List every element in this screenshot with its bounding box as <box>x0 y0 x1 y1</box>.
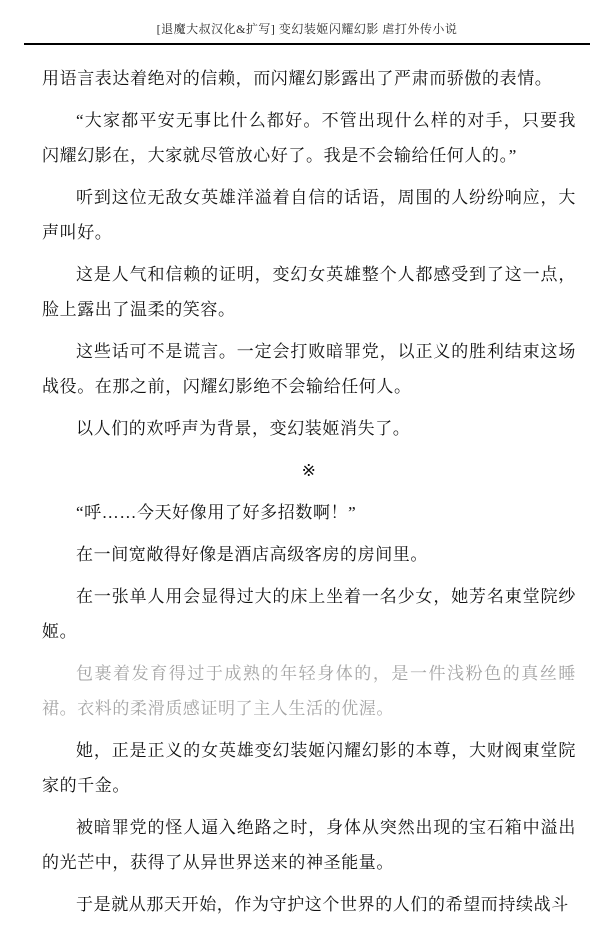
novel-paragraph: 听到这位无敌女英雄洋溢着自信的话语，周围的人纷纷响应，大声叫好。 <box>42 180 576 250</box>
section-divider: ※ <box>42 453 576 488</box>
document-page: [退魔大叔汉化&扩写] 变幻装姬闪耀幻影 虐打外传小说 用语言表达着绝对的信赖，… <box>0 0 614 944</box>
novel-paragraph: 在一间宽敞得好像是酒店高级客房的房间里。 <box>42 537 576 572</box>
novel-paragraph: 用语言表达着绝对的信赖，而闪耀幻影露出了严肃而骄傲的表情。 <box>42 61 576 96</box>
novel-paragraph: 包裹着发育得过于成熟的年轻身体的，是一件浅粉色的真丝睡裙。衣料的柔滑质感证明了主… <box>42 656 576 726</box>
document-body: 用语言表达着绝对的信赖，而闪耀幻影露出了严肃而骄傲的表情。 “大家都平安无事比什… <box>42 61 576 922</box>
document-header-title: [退魔大叔汉化&扩写] 变幻装姬闪耀幻影 虐打外传小说 <box>157 22 458 36</box>
novel-paragraph: 被暗罪党的怪人逼入绝路之时，身体从突然出现的宝石箱中溢出的光芒中，获得了从异世界… <box>42 810 576 880</box>
novel-paragraph: “呼……今天好像用了好多招数啊！” <box>42 495 576 530</box>
novel-paragraph: 她，正是正义的女英雄变幻装姬闪耀幻影的本尊，大财阀東堂院家的千金。 <box>42 733 576 803</box>
document-header: [退魔大叔汉化&扩写] 变幻装姬闪耀幻影 虐打外传小说 <box>24 0 590 45</box>
novel-paragraph: 在一张单人用会显得过大的床上坐着一名少女，她芳名東堂院纱姬。 <box>42 579 576 649</box>
novel-paragraph: 这些话可不是谎言。一定会打败暗罪党，以正义的胜利结束这场战役。在那之前，闪耀幻影… <box>42 334 576 404</box>
novel-paragraph: “大家都平安无事比什么都好。不管出现什么样的对手，只要我闪耀幻影在，大家就尽管放… <box>42 103 576 173</box>
novel-paragraph: 以人们的欢呼声为背景，变幻装姬消失了。 <box>42 411 576 446</box>
novel-paragraph: 于是就从那天开始，作为守护这个世界的人们的希望而持续战斗 <box>42 887 576 922</box>
novel-paragraph: 这是人气和信赖的证明，变幻女英雄整个人都感受到了这一点，脸上露出了温柔的笑容。 <box>42 257 576 327</box>
